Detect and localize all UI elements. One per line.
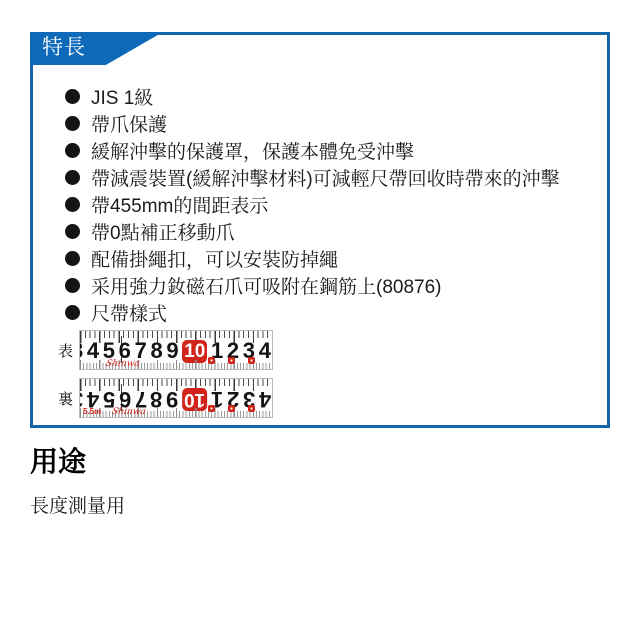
feature-item-text: 帶爪保護 (91, 110, 167, 137)
feature-item: 帶0點補正移動爪 (65, 218, 607, 245)
ruler-number: 9 (166, 340, 178, 362)
usage-title: 用途 (30, 440, 125, 480)
feature-item-text: 尺帶樣式 (91, 299, 167, 326)
bullet-icon (65, 305, 80, 320)
red-unit-marks-icon (208, 405, 255, 412)
feature-item: 帶爪保護 (65, 110, 607, 137)
shinwa-logo-icon: Shinwa (105, 359, 141, 369)
feature-item: 帶455mm的間距表示 (65, 191, 607, 218)
tape-sample-figure: 表 3456789101234 Shinwa 裏 (58, 330, 607, 418)
ruler-number: 8 (150, 388, 162, 410)
feature-item: 帶減震裝置(緩解沖擊材料)可減輕尺帶回收時帶來的沖擊 (65, 164, 607, 191)
tape-length-label: 5.5m (83, 407, 101, 416)
bullet-icon (65, 197, 80, 212)
ruler-number: 4 (87, 340, 99, 362)
ruler-number: 10 (182, 388, 207, 411)
bullet-icon (65, 143, 80, 158)
ruler-number: 8 (150, 340, 162, 362)
ruler-number: 9 (166, 388, 178, 410)
feature-item-text: JIS 1級 (91, 83, 153, 110)
ruler-number: 3 (79, 340, 83, 362)
usage-section: 用途 長度測量用 (30, 440, 125, 518)
feature-item: 尺帶樣式 (65, 299, 607, 326)
ruler-back-row: 裏 3456789101234 5.5m Shinwa (58, 378, 607, 418)
bullet-icon (65, 224, 80, 239)
ruler-back-label: 裏 (58, 388, 75, 409)
feature-item-text: 緩解沖擊的保護罩，保護本體免受沖擊 (91, 137, 414, 164)
ruler-number: 4 (259, 388, 271, 410)
feature-item: JIS 1級 (65, 83, 607, 110)
ruler-number: 4 (259, 340, 271, 362)
feature-item-text: 帶455mm的間距表示 (91, 191, 268, 218)
red-unit-marks-icon (208, 357, 255, 364)
product-description-page: 特長 JIS 1級 帶爪保護 緩解沖擊的保護罩，保護本體免受沖擊 帶減震裝置(緩… (0, 0, 640, 640)
feature-item-text: 采用強力釹磁石爪可吸附在鋼筋上(80876) (91, 272, 442, 299)
ruler-front-label: 表 (58, 340, 75, 361)
feature-item: 緩解沖擊的保護罩，保護本體免受沖擊 (65, 137, 607, 164)
bullet-icon (65, 116, 80, 131)
feature-item-text: 配備掛繩扣，可以安裝防掉繩 (91, 245, 338, 272)
bullet-icon (65, 278, 80, 293)
bullet-icon (65, 89, 80, 104)
ruler-back-strip: 3456789101234 5.5m Shinwa (79, 378, 273, 418)
feature-item: 配備掛繩扣，可以安裝防掉繩 (65, 245, 607, 272)
ruler-number: 10 (182, 340, 207, 363)
bullet-icon (65, 251, 80, 266)
feature-list: JIS 1級 帶爪保護 緩解沖擊的保護罩，保護本體免受沖擊 帶減震裝置(緩解沖擊… (33, 35, 607, 326)
ruler-front-strip: 3456789101234 Shinwa (79, 330, 273, 370)
feature-item-text: 帶減震裝置(緩解沖擊材料)可減輕尺帶回收時帶來的沖擊 (91, 164, 560, 191)
feature-item: 采用強力釹磁石爪可吸附在鋼筋上(80876) (65, 272, 607, 299)
feature-item-text: 帶0點補正移動爪 (91, 218, 235, 245)
bullet-icon (65, 170, 80, 185)
usage-text: 長度測量用 (30, 491, 125, 518)
features-section: 特長 JIS 1級 帶爪保護 緩解沖擊的保護罩，保護本體免受沖擊 帶減震裝置(緩… (30, 32, 610, 428)
ruler-front-row: 表 3456789101234 Shinwa (58, 330, 607, 370)
shinwa-logo-icon: Shinwa (111, 407, 147, 417)
